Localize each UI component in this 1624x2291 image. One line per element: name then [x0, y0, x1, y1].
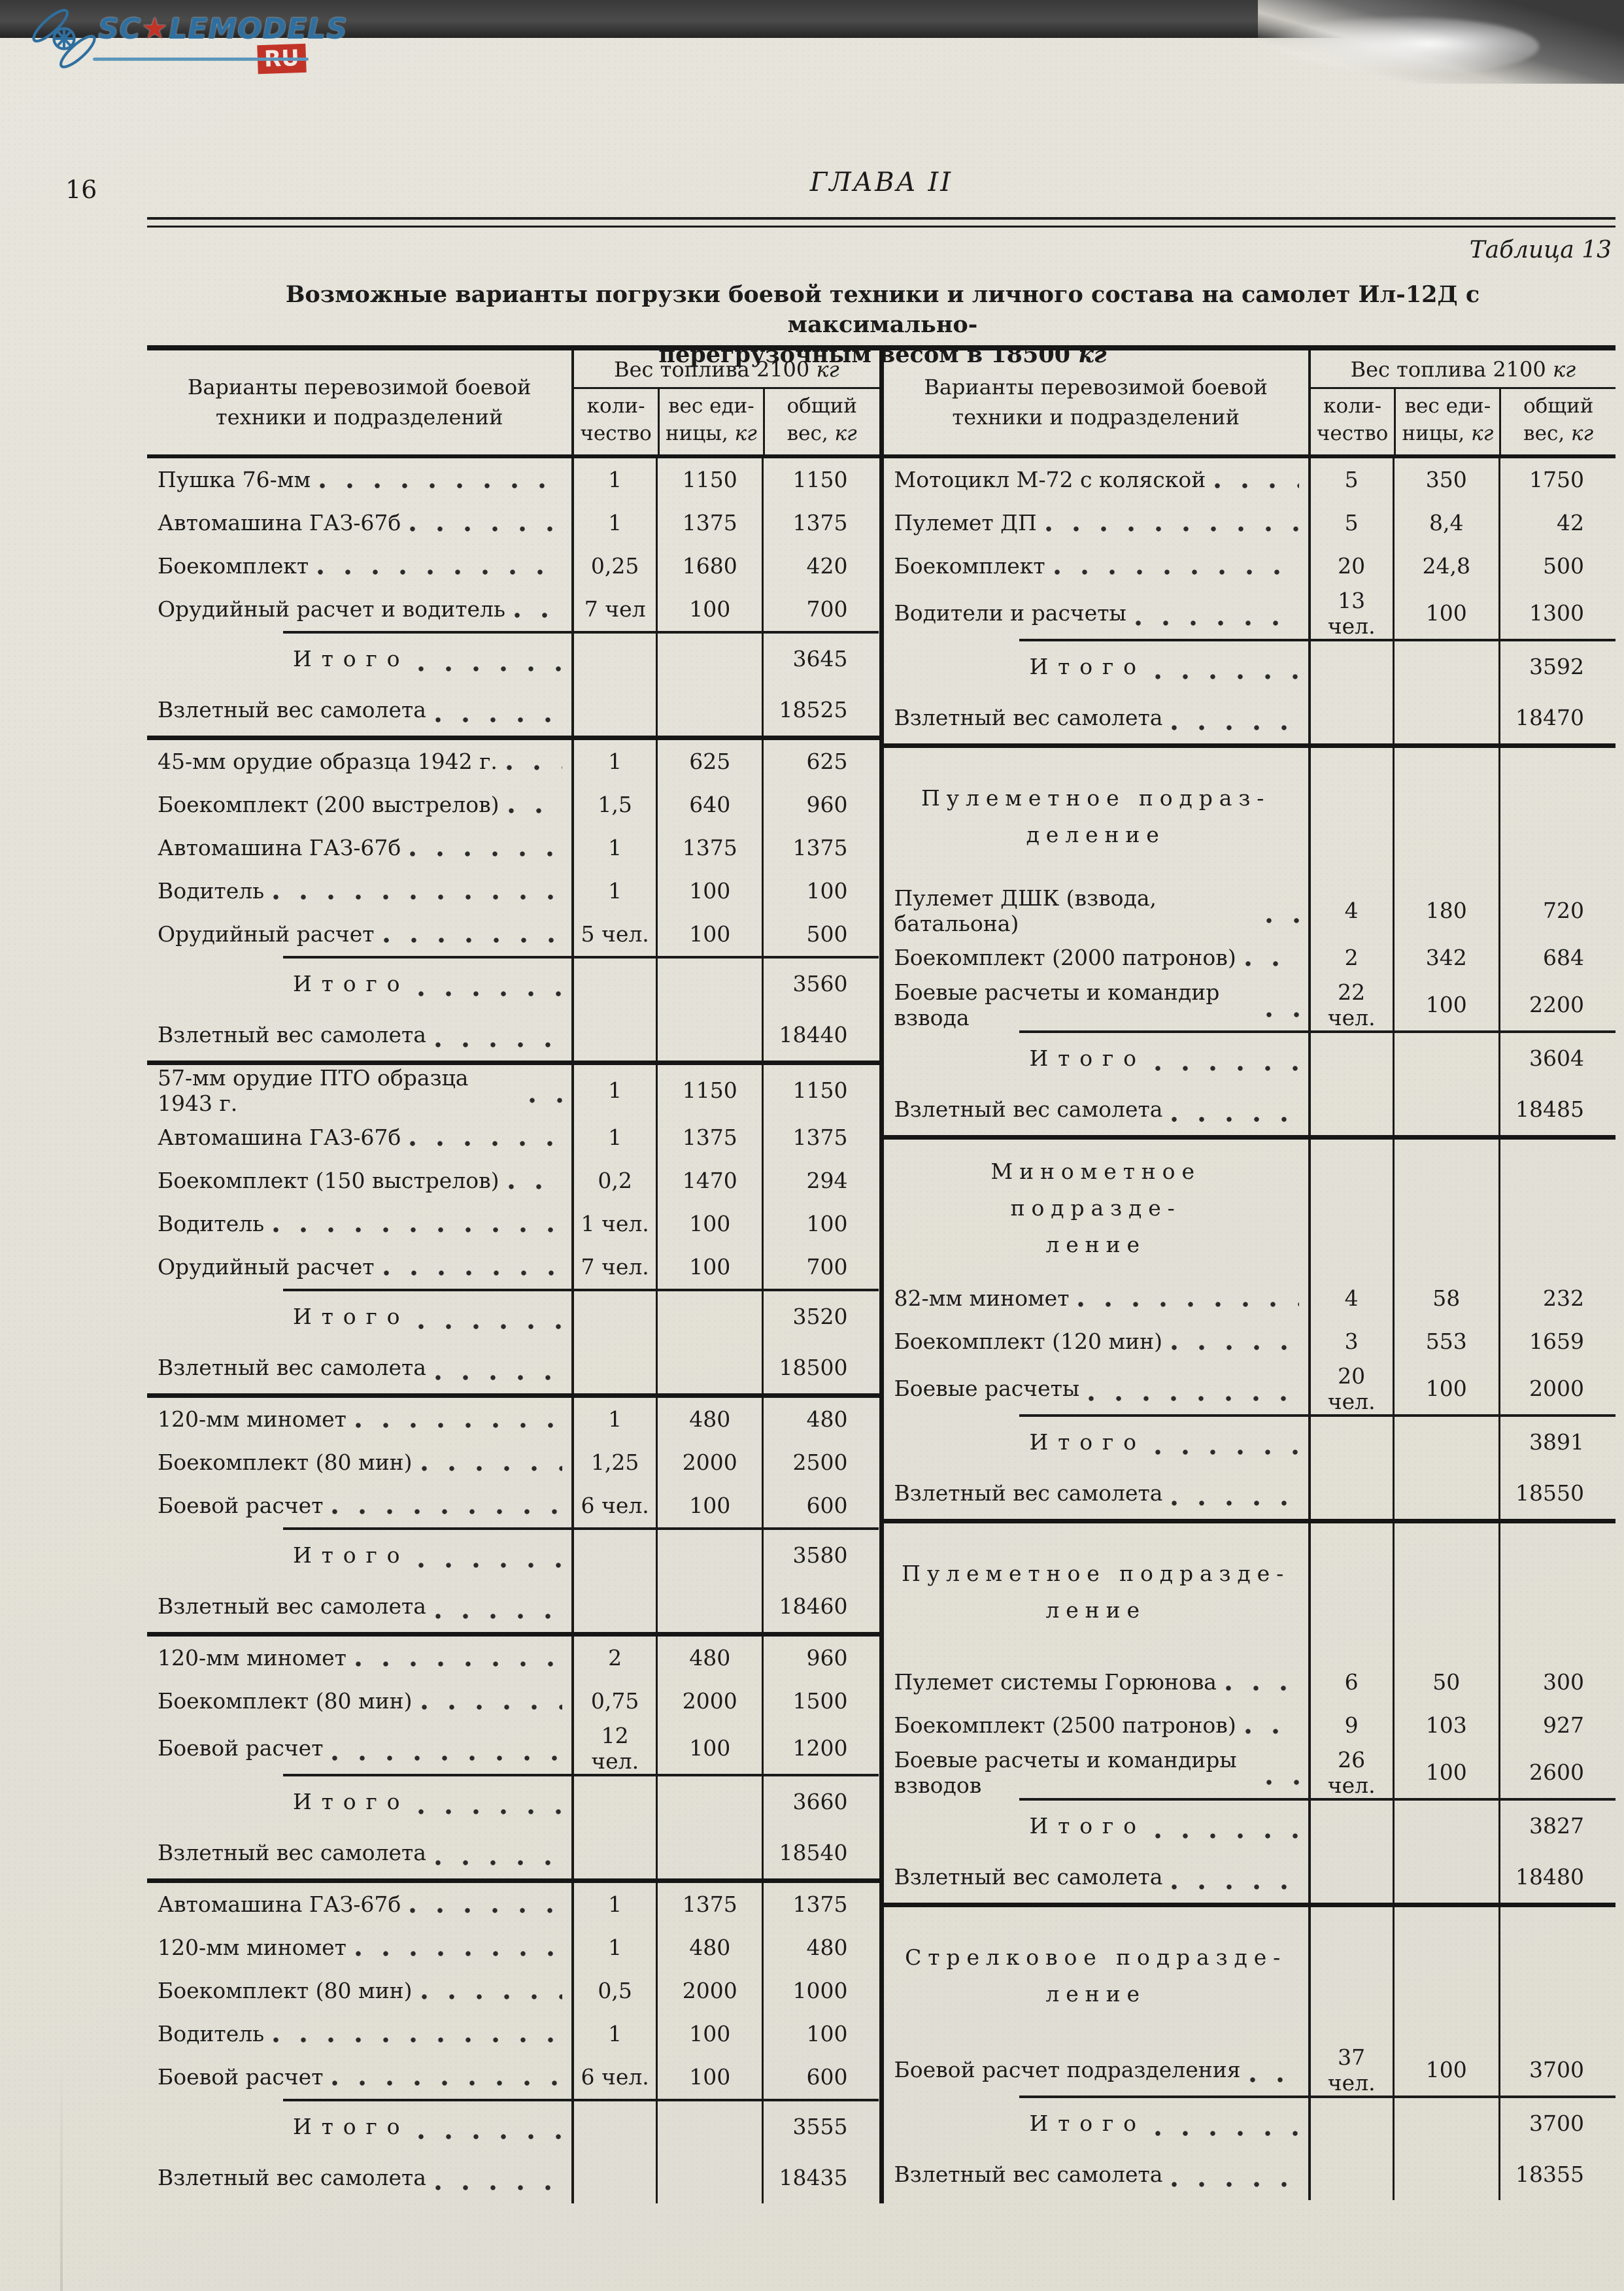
- empty-cell: [1308, 1468, 1393, 1519]
- item-name: Автомашина ГАЗ-67б: [147, 501, 571, 545]
- item-name: Автомашина ГАЗ-67б: [147, 1116, 571, 1159]
- dot-leader: [1055, 568, 1299, 576]
- chapter-heading: ГЛАВА II: [147, 167, 1616, 197]
- empty-cell: [571, 1827, 656, 1878]
- section-header: Стрелковое подразде-ление: [884, 1907, 1308, 2045]
- item-name: Боевые расчеты: [884, 1363, 1308, 1414]
- item-quantity: 13 чел.: [1308, 588, 1393, 639]
- item-name-text: Мотоцикл М-72 с коляской: [894, 467, 1206, 492]
- empty-cell: [656, 1776, 762, 1827]
- item-name-text: Боевые расчеты: [894, 1376, 1080, 1401]
- item-unit-weight: 2000: [656, 1680, 762, 1723]
- empty-cell: [571, 2152, 656, 2203]
- column-group-fuel: Вес топлива 2100 кг коли-чество вес еди-…: [571, 350, 879, 454]
- item-total-weight: 294: [762, 1159, 879, 1202]
- item-name: Пулемет системы Горюнова: [884, 1661, 1308, 1704]
- item-total-weight: 300: [1498, 1661, 1616, 1704]
- empty-cell: [1498, 1907, 1616, 2045]
- item-total-weight: 1300: [1498, 588, 1616, 639]
- empty-cell: [1393, 1468, 1498, 1519]
- item-unit-weight: 24,8: [1393, 545, 1498, 588]
- empty-cell: [1393, 1801, 1498, 1852]
- dot-leader: [1136, 619, 1299, 627]
- item-name: Орудийный расчет: [147, 913, 571, 956]
- data-table: Варианты перевозимой боевой техники и по…: [147, 345, 1616, 2203]
- column-header-unit-weight: вес еди-ницы, кг: [1394, 389, 1499, 454]
- empty-cell: [1308, 1033, 1393, 1084]
- dot-leader: [410, 525, 562, 533]
- empty-cell: [1308, 692, 1393, 743]
- empty-cell: [1308, 1801, 1393, 1852]
- dot-leader: [509, 807, 563, 815]
- item-unit-weight: 1680: [656, 545, 762, 588]
- item-unit-weight: 100: [1393, 2045, 1498, 2096]
- item-quantity: 6: [1308, 1661, 1393, 1704]
- empty-cell: [1393, 748, 1498, 885]
- empty-cell: [656, 1342, 762, 1393]
- subtotal-label: Итого: [1030, 654, 1146, 679]
- item-quantity: 6 чел.: [571, 1484, 656, 1527]
- subtotal-value: 3891: [1498, 1417, 1616, 1468]
- empty-cell: [1308, 1907, 1393, 2045]
- item-quantity: 26 чел.: [1308, 1747, 1393, 1798]
- item-unit-weight: 1150: [656, 458, 762, 501]
- item-name-text: Боекомплект (120 мин): [894, 1329, 1163, 1354]
- column-header-variants: Варианты перевозимой боевой техники и по…: [147, 350, 571, 454]
- empty-cell: [571, 1776, 656, 1827]
- item-quantity: 0,75: [571, 1680, 656, 1723]
- dot-leader: [410, 850, 562, 858]
- item-name-text: Пулемет ДШК (взвода, батальона): [894, 885, 1257, 936]
- empty-cell: [1393, 641, 1498, 692]
- item-name-text: 120-мм миномет: [158, 1645, 347, 1671]
- dot-leader: [435, 1612, 562, 1620]
- empty-cell: [656, 2101, 762, 2152]
- takeoff-weight-value: 18440: [762, 1010, 879, 1061]
- item-total-weight: 700: [762, 1246, 879, 1289]
- item-quantity: 1: [571, 1065, 656, 1116]
- item-name: Водители и расчеты: [884, 588, 1308, 639]
- item-total-weight: 927: [1498, 1704, 1616, 1747]
- item-name: Орудийный расчет и водитель: [147, 588, 571, 631]
- item-unit-weight: 180: [1393, 885, 1498, 936]
- subtotal-label: Итого: [293, 1304, 409, 1329]
- subtotal-label: Итого: [293, 1789, 409, 1814]
- dot-leader: [435, 1041, 562, 1049]
- item-unit-weight: 1375: [656, 501, 762, 545]
- item-unit-weight: 100: [656, 1723, 762, 1774]
- empty-cell: [1393, 1084, 1498, 1135]
- table-block: 120-мм миномет2480960Боекомплект (80 мин…: [147, 1632, 879, 1878]
- subtotal-row: Итого: [147, 1291, 571, 1342]
- section-header-line: Пулеметное подразде-: [902, 1555, 1290, 1592]
- item-unit-weight: 625: [656, 740, 762, 783]
- item-name: Орудийный расчет: [147, 1246, 571, 1289]
- item-unit-weight: 100: [656, 2056, 762, 2099]
- column-header-fuel: Вес топлива 2100 кг: [574, 350, 879, 389]
- item-total-weight: 600: [762, 2056, 879, 2099]
- dot-leader: [422, 1465, 563, 1472]
- item-name: Боекомплект (150 выстрелов): [147, 1159, 571, 1202]
- dot-leader: [435, 1374, 562, 1382]
- subtotal-label: Итого: [293, 971, 409, 996]
- dot-leader: [320, 482, 562, 490]
- dot-leader: [435, 716, 562, 724]
- item-name: Боевые расчеты и командир взвода: [884, 979, 1308, 1030]
- subtotal-value: 3520: [762, 1291, 879, 1342]
- item-total-weight: 1150: [762, 458, 879, 501]
- item-quantity: 12 чел.: [571, 1723, 656, 1774]
- dot-leader: [332, 2079, 562, 2087]
- empty-cell: [1393, 1033, 1498, 1084]
- item-name: Боекомплект (80 мин): [147, 1441, 571, 1484]
- item-total-weight: 1375: [762, 501, 879, 545]
- empty-cell: [1308, 1852, 1393, 1903]
- empty-cell: [656, 2152, 762, 2203]
- item-name: Боекомплект (2000 патронов): [884, 936, 1308, 979]
- item-quantity: 1: [571, 501, 656, 545]
- dot-leader: [1215, 482, 1299, 490]
- item-total-weight: 500: [762, 913, 879, 956]
- item-quantity: 9: [1308, 1704, 1393, 1747]
- takeoff-weight-value: 18460: [762, 1581, 879, 1632]
- empty-cell: [1393, 692, 1498, 743]
- empty-cell: [656, 1010, 762, 1061]
- subtotal-value: 3700: [1498, 2098, 1616, 2149]
- item-name-text: Боевые расчеты и командиры взводов: [894, 1747, 1257, 1798]
- page-curl-highlight: [1264, 17, 1539, 76]
- empty-cell: [571, 1581, 656, 1632]
- subtotal-label: Итого: [293, 1542, 409, 1568]
- item-quantity: 1: [571, 1926, 656, 1969]
- item-quantity: 1,5: [571, 783, 656, 826]
- item-name-text: Орудийный расчет и водитель: [158, 596, 505, 622]
- empty-cell: [1393, 2149, 1498, 2200]
- dot-leader: [1155, 1448, 1299, 1456]
- item-quantity: 1 чел.: [571, 1202, 656, 1246]
- item-total-weight: 600: [762, 1484, 879, 1527]
- dot-leader: [384, 1269, 563, 1277]
- item-total-weight: 420: [762, 545, 879, 588]
- empty-cell: [1393, 1907, 1498, 2045]
- subtotal-value: 3560: [762, 959, 879, 1010]
- item-total-weight: 1150: [762, 1065, 879, 1116]
- item-quantity: 0,5: [571, 1969, 656, 2012]
- item-unit-weight: 1375: [656, 1883, 762, 1926]
- dot-leader: [418, 665, 562, 673]
- subtotal-label: Итого: [293, 2114, 409, 2139]
- item-name: Боекомплект (80 мин): [147, 1969, 571, 2012]
- subtotal-row: Итого: [147, 1530, 571, 1581]
- dot-leader: [1250, 2076, 1299, 2084]
- dot-leader: [1172, 724, 1298, 732]
- empty-cell: [1393, 1417, 1498, 1468]
- empty-cell: [656, 1827, 762, 1878]
- paper-fold-line: [60, 2060, 63, 2291]
- dot-leader: [332, 1754, 562, 1762]
- column-group-fuel: Вес топлива 2100 кг коли-чество вес еди-…: [1308, 350, 1616, 454]
- empty-cell: [571, 1530, 656, 1581]
- dot-leader: [1172, 1115, 1298, 1123]
- section-header-line: Пулеметное подраз-: [921, 780, 1270, 817]
- scanned-page: SC★LEMODELS RU 16 ГЛАВА II Таблица 13 Во…: [0, 0, 1624, 2291]
- table-block: Минометное подразде-ление82-мм миномет45…: [884, 1135, 1616, 1519]
- subtotal-label: Итого: [1030, 1813, 1146, 1839]
- subtotal-row: Итого: [147, 959, 571, 1010]
- empty-cell: [571, 1342, 656, 1393]
- item-unit-weight: 100: [656, 913, 762, 956]
- item-total-weight: 1375: [762, 1116, 879, 1159]
- empty-cell: [571, 634, 656, 685]
- subcolumn-headers: коли-чество вес еди-ницы, кг общийвес, к…: [1311, 389, 1616, 454]
- watermark-star-icon: ★: [141, 10, 169, 46]
- empty-cell: [1393, 1852, 1498, 1903]
- item-name-text: Автомашина ГАЗ-67б: [158, 510, 401, 535]
- subtotal-label: Итого: [293, 646, 409, 671]
- empty-cell: [1308, 1523, 1393, 1661]
- takeoff-weight-value: 18435: [762, 2152, 879, 2203]
- takeoff-weight-label: Взлетный вес самолета: [158, 697, 426, 722]
- item-name: 120-мм миномет: [147, 1398, 571, 1441]
- takeoff-weight-label: Взлетный вес самолета: [158, 1593, 426, 1619]
- item-unit-weight: 103: [1393, 1704, 1498, 1747]
- takeoff-weight-row: Взлетный вес самолета: [147, 2152, 571, 2203]
- item-name: Боекомплект (200 выстрелов): [147, 783, 571, 826]
- subtotal-value: 3645: [762, 634, 879, 685]
- item-quantity: 3: [1308, 1320, 1393, 1363]
- column-header-total-weight: общийвес, кг: [763, 389, 879, 454]
- item-quantity: 1: [571, 1116, 656, 1159]
- dot-leader: [418, 2133, 562, 2141]
- empty-cell: [1393, 2098, 1498, 2149]
- item-total-weight: 480: [762, 1398, 879, 1441]
- section-header-line: Минометное подразде-: [900, 1153, 1293, 1227]
- dot-leader: [435, 2184, 562, 2192]
- dot-leader: [1155, 1064, 1299, 1072]
- subtotal-value: 3827: [1498, 1801, 1616, 1852]
- item-unit-weight: 480: [656, 1398, 762, 1441]
- empty-cell: [571, 685, 656, 736]
- subtotal-row: Итого: [884, 1417, 1308, 1468]
- subtotal-row: Итого: [147, 2101, 571, 2152]
- subtotal-row: Итого: [147, 634, 571, 685]
- data-table-left: Варианты перевозимой боевой техники и по…: [147, 350, 884, 2203]
- table-header-left: Варианты перевозимой боевой техники и по…: [147, 350, 879, 454]
- item-total-weight: 625: [762, 740, 879, 783]
- item-quantity: 4: [1308, 1277, 1393, 1320]
- subcolumn-headers: коли-чество вес еди-ницы, кг общийвес, к…: [574, 389, 879, 454]
- item-quantity: 7 чел: [571, 588, 656, 631]
- takeoff-weight-label: Взлетный вес самолета: [894, 1864, 1163, 1890]
- item-name-text: Орудийный расчет: [158, 1254, 375, 1280]
- item-unit-weight: 553: [1393, 1320, 1498, 1363]
- subtotal-row: Итого: [147, 1776, 571, 1827]
- table-blocks-right: Мотоцикл М-72 с коляской53501750Пулемет …: [884, 454, 1616, 2200]
- item-name-text: 57-мм орудие ПТО образца 1943 г.: [158, 1065, 520, 1116]
- dot-leader: [1226, 1684, 1299, 1692]
- item-unit-weight: 1150: [656, 1065, 762, 1116]
- item-name-text: Боекомплект: [158, 553, 309, 579]
- table-block: Автомашина ГАЗ-67б113751375120-мм миноме…: [147, 1878, 879, 2203]
- dot-leader: [1089, 1395, 1299, 1402]
- subtotal-label: Итого: [1030, 2111, 1146, 2136]
- subtotal-label: Итого: [1030, 1429, 1146, 1455]
- dot-leader: [1266, 1778, 1299, 1786]
- item-name-text: Боекомплект (80 мин): [158, 1688, 413, 1714]
- empty-cell: [571, 1010, 656, 1061]
- column-header-quantity: коли-чество: [1311, 389, 1395, 454]
- takeoff-weight-value: 18500: [762, 1342, 879, 1393]
- takeoff-weight-label: Взлетный вес самолета: [158, 1355, 426, 1380]
- empty-cell: [1393, 1140, 1498, 1277]
- item-quantity: 1: [571, 826, 656, 870]
- empty-cell: [1308, 1140, 1393, 1277]
- item-name-text: 82-мм миномет: [894, 1285, 1070, 1311]
- item-unit-weight: 100: [656, 1484, 762, 1527]
- item-unit-weight: 100: [656, 588, 762, 631]
- item-unit-weight: 350: [1393, 458, 1498, 501]
- item-quantity: 2: [571, 1637, 656, 1680]
- empty-cell: [656, 959, 762, 1010]
- takeoff-weight-row: Взлетный вес самолета: [884, 1852, 1308, 1903]
- item-total-weight: 480: [762, 1926, 879, 1969]
- empty-cell: [1498, 1140, 1616, 1277]
- item-unit-weight: 100: [1393, 588, 1498, 639]
- section-header-line: ление: [1045, 1592, 1146, 1629]
- propeller-icon: [30, 4, 98, 72]
- item-name: Боевой расчет: [147, 2056, 571, 2099]
- dot-leader: [507, 764, 562, 772]
- item-name-text: Боекомплект (150 выстрелов): [158, 1168, 499, 1193]
- item-name: Боекомплект (120 мин): [884, 1320, 1308, 1363]
- item-name-text: Автомашина ГАЗ-67б: [158, 835, 401, 860]
- takeoff-weight-row: Взлетный вес самолета: [147, 1010, 571, 1061]
- item-name: 120-мм миномет: [147, 1926, 571, 1969]
- item-unit-weight: 480: [656, 1637, 762, 1680]
- item-total-weight: 3700: [1498, 2045, 1616, 2096]
- item-name-text: Боекомплект (80 мин): [158, 1978, 413, 2003]
- dot-leader: [356, 1660, 562, 1668]
- subtotal-row: Итого: [884, 1033, 1308, 1084]
- empty-cell: [571, 959, 656, 1010]
- empty-cell: [1498, 748, 1616, 885]
- dot-leader: [1172, 1499, 1298, 1507]
- takeoff-weight-value: 18525: [762, 685, 879, 736]
- item-unit-weight: 100: [1393, 1363, 1498, 1414]
- item-name-text: Боекомплект: [894, 553, 1045, 579]
- item-name: 82-мм миномет: [884, 1277, 1308, 1320]
- item-quantity: 4: [1308, 885, 1393, 936]
- item-unit-weight: 100: [1393, 979, 1498, 1030]
- item-unit-weight: 100: [656, 870, 762, 913]
- item-total-weight: 232: [1498, 1277, 1616, 1320]
- item-quantity: 0,2: [571, 1159, 656, 1202]
- item-name-text: Водитель: [158, 878, 264, 904]
- item-total-weight: 960: [762, 1637, 879, 1680]
- item-name: Боевой расчет подразделения: [884, 2045, 1308, 2096]
- item-total-weight: 100: [762, 2012, 879, 2056]
- subtotal-row: Итого: [884, 641, 1308, 692]
- takeoff-weight-row: Взлетный вес самолета: [884, 692, 1308, 743]
- takeoff-weight-value: 18355: [1498, 2149, 1616, 2200]
- dot-leader: [273, 2036, 562, 2044]
- takeoff-weight-label: Взлетный вес самолета: [894, 705, 1163, 730]
- dot-leader: [1155, 1832, 1299, 1840]
- item-unit-weight: 100: [656, 1202, 762, 1246]
- item-name: 45-мм орудие образца 1942 г.: [147, 740, 571, 783]
- dot-leader: [356, 1421, 562, 1429]
- dot-leader: [1078, 1300, 1298, 1308]
- item-total-weight: 2000: [1498, 1363, 1616, 1414]
- takeoff-weight-label: Взлетный вес самолета: [894, 1480, 1163, 1506]
- item-name-text: Водитель: [158, 2021, 264, 2046]
- dot-leader: [410, 1907, 562, 1914]
- takeoff-weight-value: 18550: [1498, 1468, 1616, 1519]
- item-name: 120-мм миномет: [147, 1637, 571, 1680]
- column-header-unit-weight: вес еди-ницы, кг: [658, 389, 763, 454]
- item-unit-weight: 2000: [656, 1969, 762, 2012]
- dot-leader: [1266, 1011, 1299, 1019]
- empty-cell: [656, 685, 762, 736]
- item-total-weight: 1200: [762, 1723, 879, 1774]
- item-unit-weight: 1375: [656, 826, 762, 870]
- header-rule: [147, 217, 1616, 228]
- dot-leader: [1172, 1883, 1298, 1891]
- empty-cell: [571, 2101, 656, 2152]
- dot-leader: [418, 1808, 562, 1816]
- takeoff-weight-row: Взлетный вес самолета: [884, 2149, 1308, 2200]
- item-unit-weight: 480: [656, 1926, 762, 1969]
- item-name: Боевой расчет: [147, 1723, 571, 1774]
- subtotal-row: Итого: [884, 1801, 1308, 1852]
- item-name: Водитель: [147, 2012, 571, 2056]
- item-total-weight: 2500: [762, 1441, 879, 1484]
- item-name-text: 120-мм миномет: [158, 1935, 347, 1960]
- item-total-weight: 1659: [1498, 1320, 1616, 1363]
- item-name-text: Боекомплект (2500 патронов): [894, 1712, 1236, 1738]
- dot-leader: [318, 568, 562, 576]
- table-block: 120-мм миномет1480480Боекомплект (80 мин…: [147, 1393, 879, 1632]
- takeoff-weight-label: Взлетный вес самолета: [894, 1096, 1163, 1122]
- item-quantity: 2: [1308, 936, 1393, 979]
- table-blocks-left: Пушка 76-мм111501150Автомашина ГАЗ-67б11…: [147, 454, 879, 2203]
- section-header: Пулеметное подразде-ление: [884, 1523, 1308, 1661]
- item-quantity: 5: [1308, 501, 1393, 545]
- item-name: Боевой расчет: [147, 1484, 571, 1527]
- item-name-text: Боевые расчеты и командир взвода: [894, 979, 1257, 1030]
- item-name-text: Боевой расчет: [158, 2064, 323, 2090]
- empty-cell: [1308, 1417, 1393, 1468]
- empty-cell: [1308, 2098, 1393, 2149]
- takeoff-weight-label: Взлетный вес самолета: [158, 2165, 426, 2190]
- dot-leader: [418, 1323, 562, 1331]
- takeoff-weight-label: Взлетный вес самолета: [894, 2162, 1163, 2187]
- section-header-line: ление: [1045, 1976, 1146, 2012]
- dot-leader: [356, 1950, 562, 1958]
- takeoff-weight-row: Взлетный вес самолета: [147, 1581, 571, 1632]
- dot-leader: [1155, 673, 1299, 681]
- subtotal-label: Итого: [1030, 1045, 1146, 1071]
- takeoff-weight-row: Взлетный вес самолета: [884, 1468, 1308, 1519]
- item-name-text: 120-мм миномет: [158, 1406, 347, 1432]
- item-name-text: 45-мм орудие образца 1942 г.: [158, 749, 498, 774]
- table-block: Мотоцикл М-72 с коляской53501750Пулемет …: [884, 454, 1616, 743]
- column-header-variants: Варианты перевозимой боевой техники и по…: [884, 350, 1308, 454]
- table-block: Пулеметное подраз-делениеПулемет ДШК (вз…: [884, 743, 1616, 1135]
- section-header: Пулеметное подраз-деление: [884, 748, 1308, 885]
- item-name-text: Боекомплект (2000 патронов): [894, 945, 1236, 970]
- item-name: Боекомплект: [884, 545, 1308, 588]
